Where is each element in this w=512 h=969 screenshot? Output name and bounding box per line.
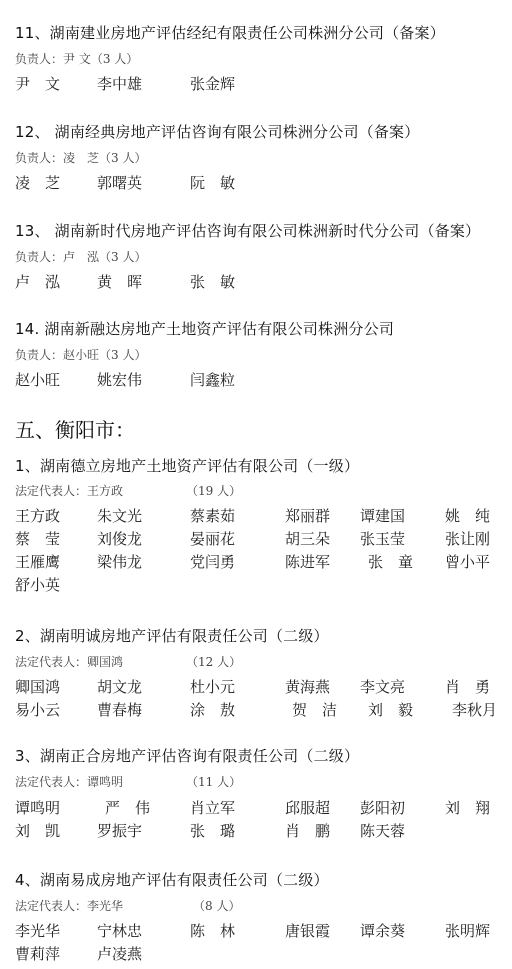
staff-name: 舒小英 [15,574,60,595]
staff-name: 刘 翔 [445,797,490,818]
staff-name: 李秋月 [452,699,497,720]
legal-rep-h4: 法定代表人：李光华 [15,897,123,914]
staff-name: 谭鸣明 [15,797,60,818]
staff-name: 卢凌燕 [97,943,142,964]
staff-name: 陈 林 [190,920,235,941]
staff-name: 唐银霞 [285,920,330,941]
staff-name: 梁伟龙 [97,551,142,572]
staff-name: 阮 敏 [190,172,235,193]
staff-name: 胡三朵 [285,528,330,549]
staff-name: 张玉莹 [360,528,405,549]
staff-name: 李文亮 [360,676,405,697]
staff-name: 黄 晖 [97,271,142,292]
company-title-h4: 4、湖南易成房地产评估有限责任公司（二级） [15,869,329,890]
staff-name: 郭曙英 [97,172,142,193]
staff-name: 肖 勇 [445,676,490,697]
staff-name: 陈天蓉 [360,820,405,841]
staff-name: 王方政 [15,505,60,526]
staff-name: 李光华 [15,920,60,941]
staff-name: 谭余葵 [360,920,405,941]
staff-name: 谭建国 [360,505,405,526]
staff-name: 凌 芝 [15,172,60,193]
person-in-charge-14: 负责人：赵小旺（3 人） [15,346,146,363]
staff-name: 严 伟 [105,797,150,818]
staff-name: 李中雄 [97,73,142,94]
staff-name: 张 敏 [190,271,235,292]
staff-name: 王雁鹰 [15,551,60,572]
staff-name: 罗振宇 [97,820,142,841]
staff-count-h2: （12 人） [186,653,241,670]
staff-name: 赵小旺 [15,369,60,390]
staff-name: 姚宏伟 [97,369,142,390]
person-in-charge-11: 负责人：尹 文（3 人） [15,50,138,67]
company-title-h1: 1、湖南德立房地产土地资产评估有限公司（一级） [15,455,359,476]
staff-name: 晏丽花 [190,528,235,549]
staff-count-h1: （19 人） [186,482,241,499]
staff-name: 闫鑫粒 [190,369,235,390]
staff-name: 卿国鸿 [15,676,60,697]
company-title-h3: 3、湖南正合房地产评估咨询有限责任公司（二级） [15,745,359,766]
staff-name: 刘 凯 [15,820,60,841]
staff-name: 张 璐 [190,820,235,841]
staff-name: 贺 洁 [292,699,337,720]
staff-name: 曹春梅 [97,699,142,720]
staff-name: 杜小元 [190,676,235,697]
staff-name: 张 童 [368,551,413,572]
person-in-charge-13: 负责人：卢 泓（3 人） [15,248,146,265]
person-in-charge-12: 负责人：凌 芝（3 人） [15,149,146,166]
staff-name: 曾小平 [445,551,490,572]
staff-name: 宁林忠 [97,920,142,941]
staff-name: 尹 文 [15,73,60,94]
company-title-14: 14. 湖南新融达房地产土地资产评估有限公司株洲分公司 [15,318,394,339]
staff-name: 邱服超 [285,797,330,818]
staff-name: 刘 毅 [368,699,413,720]
staff-name: 曹莉萍 [15,943,60,964]
legal-rep-h1: 法定代表人：王方政 [15,482,123,499]
company-title-13: 13、 湖南新时代房地产评估咨询有限公司株洲新时代分公司（备案） [15,220,480,241]
company-title-11: 11、湖南建业房地产评估经纪有限责任公司株洲分公司（备案） [15,22,445,43]
staff-name: 陈进军 [285,551,330,572]
staff-name: 郑丽群 [285,505,330,526]
staff-name: 蔡素茹 [190,505,235,526]
staff-name: 肖立军 [190,797,235,818]
city-heading: 五、衡阳市： [15,414,135,443]
staff-name: 彭阳初 [360,797,405,818]
staff-name: 张金辉 [190,73,235,94]
staff-name: 卢 泓 [15,271,60,292]
staff-count-h4: （8 人） [193,897,240,914]
staff-name: 蔡 莹 [15,528,60,549]
staff-name: 黄海燕 [285,676,330,697]
staff-name: 姚 纯 [445,505,490,526]
company-title-h2: 2、湖南明诚房地产评估有限责任公司（二级） [15,625,329,646]
staff-name: 肖 鹏 [285,820,330,841]
staff-name: 刘俊龙 [97,528,142,549]
legal-rep-h3: 法定代表人：谭鸣明 [15,773,123,790]
legal-rep-h2: 法定代表人：卿国鸿 [15,653,123,670]
staff-count-h3: （11 人） [186,773,241,790]
company-title-12: 12、 湖南经典房地产评估咨询有限公司株洲分公司（备案） [15,121,419,142]
staff-name: 易小云 [15,699,60,720]
staff-name: 张明辉 [445,920,490,941]
staff-name: 朱文光 [97,505,142,526]
staff-name: 党闫勇 [190,551,235,572]
staff-name: 张让刚 [445,528,490,549]
staff-name: 涂 敖 [190,699,235,720]
staff-name: 胡文龙 [97,676,142,697]
